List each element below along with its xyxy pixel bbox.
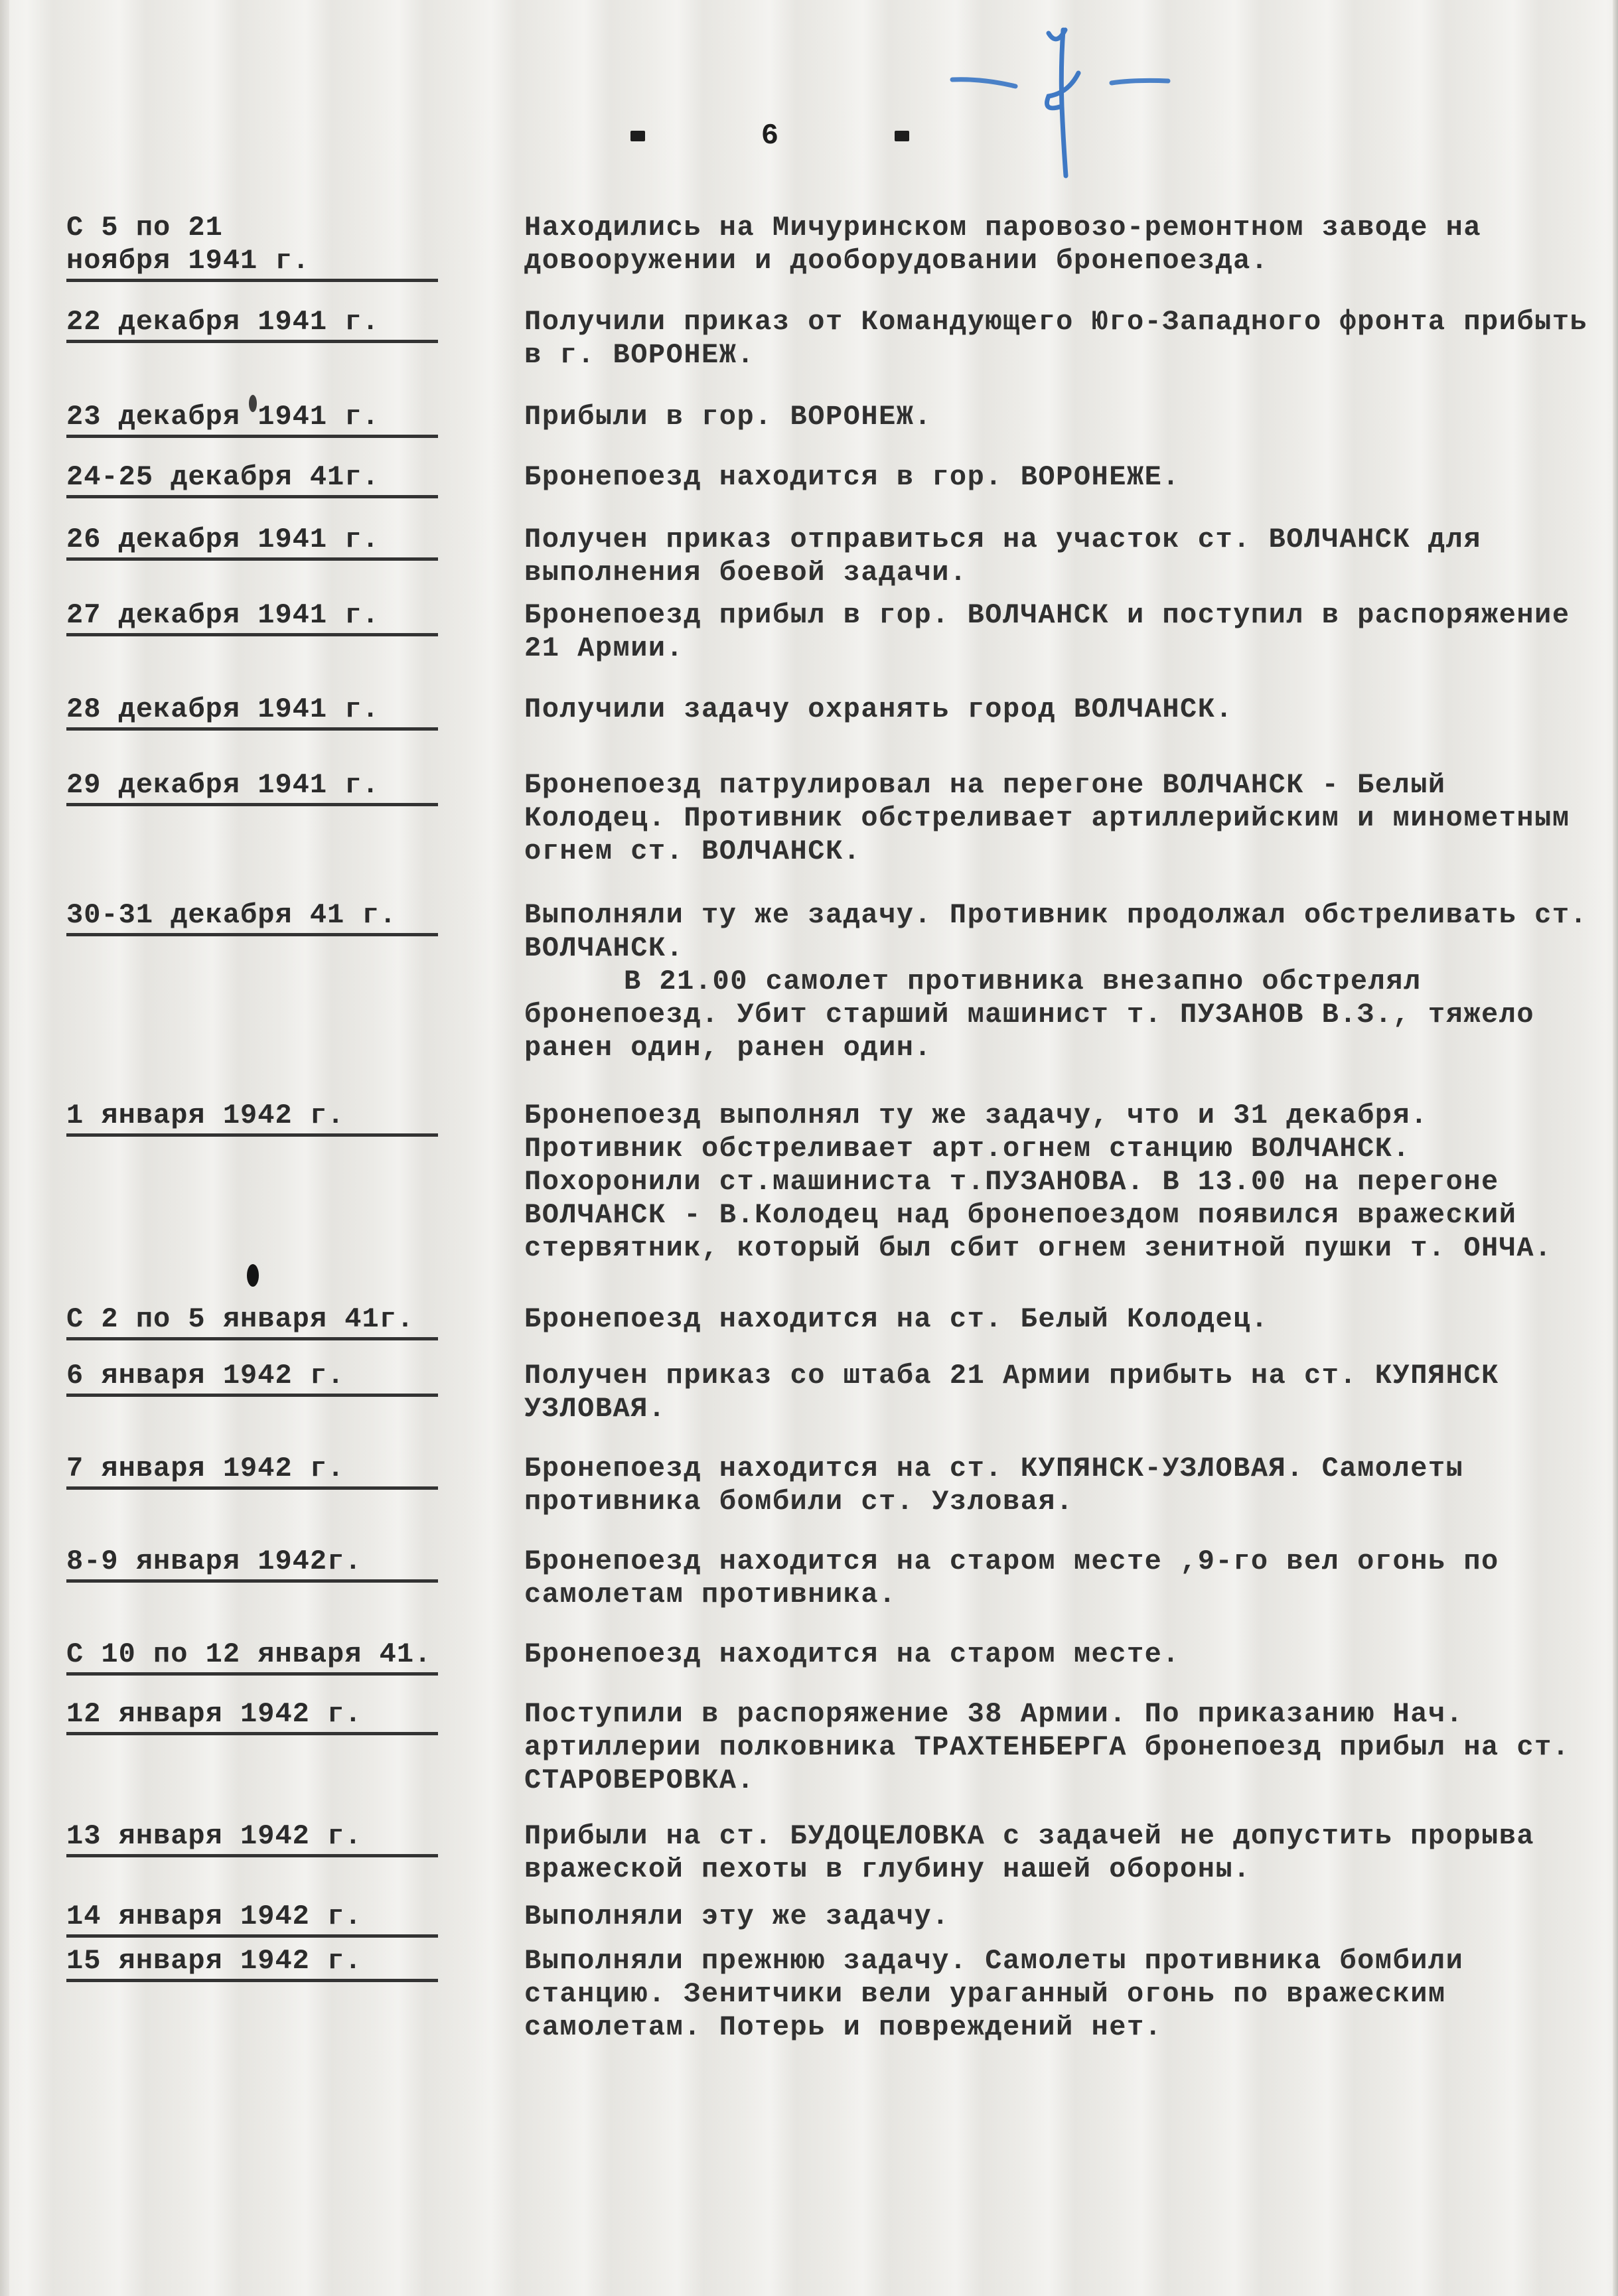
entry-text: Бронепоезд выполнял ту же задачу, что и … xyxy=(491,1099,1599,1265)
entry-text: Получили приказ от Командующего Юго-Запа… xyxy=(491,305,1599,372)
entry-date-line: 15 января 1942 г. xyxy=(66,1944,438,1982)
page-number-dash-right xyxy=(895,131,909,141)
handwritten-page-number-mark xyxy=(942,27,1181,179)
entry-paragraph: В 21.00 самолет противника внезапно обст… xyxy=(524,965,1599,1064)
entry-paragraph: Бронепоезд прибыл в гор. ВОЛЧАНСК и пост… xyxy=(524,599,1599,665)
diary-entry: 27 декабря 1941 г. Бронепоезд прибыл в г… xyxy=(66,599,1599,665)
entry-date-line: 24-25 декабря 41г. xyxy=(66,461,438,498)
entry-date: 23 декабря 1941 г. xyxy=(66,400,491,438)
entry-date: 6 января 1942 г. xyxy=(66,1359,491,1397)
entry-date-line: 12 января 1942 г. xyxy=(66,1697,438,1735)
entry-paragraph: Бронепоезд патрулировал на перегоне ВОЛЧ… xyxy=(524,768,1599,868)
entry-date-line: 14 января 1942 г. xyxy=(66,1900,438,1938)
entry-date: 24-25 декабря 41г. xyxy=(66,461,491,498)
entry-date: С 2 по 5 января 41г. xyxy=(66,1303,491,1340)
page-right-edge xyxy=(1613,0,1618,2296)
entry-paragraph: Находились на Мичуринском паровозо-ремон… xyxy=(524,211,1599,277)
entry-text: Выполняли прежнюю задачу. Самолеты проти… xyxy=(491,1944,1599,2044)
entry-paragraph: Выполняли прежнюю задачу. Самолеты проти… xyxy=(524,1944,1599,2044)
entry-paragraph: Получен приказ отправиться на участок ст… xyxy=(524,523,1599,589)
page-left-edge xyxy=(0,0,9,2296)
entry-date: 29 декабря 1941 г. xyxy=(66,768,491,806)
diary-entry: 12 января 1942 г. Поступили в распоряжен… xyxy=(66,1697,1599,1797)
diary-entry: 1 января 1942 г. Бронепоезд выполнял ту … xyxy=(66,1099,1599,1265)
entry-date: 15 января 1942 г. xyxy=(66,1944,491,1982)
entry-date-line: С 2 по 5 января 41г. xyxy=(66,1303,438,1340)
entry-date-line: 7 января 1942 г. xyxy=(66,1452,438,1490)
entry-paragraph: Бронепоезд выполнял ту же задачу, что и … xyxy=(524,1099,1599,1265)
entry-text: Получен приказ отправиться на участок ст… xyxy=(491,523,1599,589)
diary-entry: 26 декабря 1941 г. Получен приказ отправ… xyxy=(66,523,1599,589)
entry-text: Прибыли в гор. ВОРОНЕЖ. xyxy=(491,400,1599,433)
entry-date-line: 23 декабря 1941 г. xyxy=(66,400,438,438)
entry-date-line: С 5 по 21 xyxy=(66,211,491,244)
entry-date-line: 27 декабря 1941 г. xyxy=(66,599,438,636)
entry-date-line: ноября 1941 г. xyxy=(66,244,438,282)
diary-entry: 14 января 1942 г. Выполняли эту же задач… xyxy=(66,1900,1599,1938)
diary-entry: 8-9 января 1942г. Бронепоезд находится н… xyxy=(66,1545,1599,1611)
entry-date-line: 28 декабря 1941 г. xyxy=(66,693,438,731)
entry-date: 30-31 декабря 41 г. xyxy=(66,898,491,936)
diary-entry: 22 декабря 1941 г. Получили приказ от Ко… xyxy=(66,305,1599,372)
entry-text: Бронепоезд патрулировал на перегоне ВОЛЧ… xyxy=(491,768,1599,868)
diary-entry: 30-31 декабря 41 г. Выполняли ту же зада… xyxy=(66,898,1599,1064)
entry-text: Прибыли на ст. БУДОЦЕЛОВКА с задачей не … xyxy=(491,1820,1599,1886)
entry-date: 8-9 января 1942г. xyxy=(66,1545,491,1583)
entry-paragraph: Бронепоезд находится на старом месте ,9-… xyxy=(524,1545,1599,1611)
entry-date: 13 января 1942 г. xyxy=(66,1820,491,1857)
entry-paragraph: Выполняли ту же задачу. Противник продол… xyxy=(524,898,1599,965)
entry-text: Поступили в распоряжение 38 Армии. По пр… xyxy=(491,1697,1599,1797)
entry-date: С 5 по 21 ноября 1941 г. xyxy=(66,211,491,282)
diary-entry: С 10 по 12 января 41. Бронепоезд находит… xyxy=(66,1638,1599,1676)
entry-date-line: 26 декабря 1941 г. xyxy=(66,523,438,561)
entry-date-line: 8-9 января 1942г. xyxy=(66,1545,438,1583)
diary-entry: С 2 по 5 января 41г. Бронепоезд находитс… xyxy=(66,1303,1599,1340)
entry-date-line: 29 декабря 1941 г. xyxy=(66,768,438,806)
diary-entry: С 5 по 21 ноября 1941 г. Находились на М… xyxy=(66,211,1599,282)
diary-entry: 6 января 1942 г. Получен приказ со штаба… xyxy=(66,1359,1599,1425)
typed-page-number: 6 xyxy=(630,119,909,153)
entry-text: Получен приказ со штаба 21 Армии прибыть… xyxy=(491,1359,1599,1425)
entry-text: Бронепоезд находится на старом месте. xyxy=(491,1638,1599,1671)
entry-date-line: 22 декабря 1941 г. xyxy=(66,305,438,343)
entry-text: Находились на Мичуринском паровозо-ремон… xyxy=(491,211,1599,277)
diary-entry: 28 декабря 1941 г. Получили задачу охран… xyxy=(66,693,1599,731)
entry-paragraph: Бронепоезд находится на старом месте. xyxy=(524,1638,1599,1671)
entry-text: Выполняли эту же задачу. xyxy=(491,1900,1599,1933)
entry-paragraph: Прибыли в гор. ВОРОНЕЖ. xyxy=(524,400,1599,433)
entry-paragraph: Получили задачу охранять город ВОЛЧАНСК. xyxy=(524,693,1599,726)
entry-text: Бронепоезд прибыл в гор. ВОЛЧАНСК и пост… xyxy=(491,599,1599,665)
diary-entry: 7 января 1942 г. Бронепоезд находится на… xyxy=(66,1452,1599,1518)
diary-entry: 23 декабря 1941 г. Прибыли в гор. ВОРОНЕ… xyxy=(66,400,1599,438)
entry-paragraph: Получили приказ от Командующего Юго-Запа… xyxy=(524,305,1599,372)
diary-entry: 15 января 1942 г. Выполняли прежнюю зада… xyxy=(66,1944,1599,2044)
entry-date: 27 декабря 1941 г. xyxy=(66,599,491,636)
entry-text: Бронепоезд находится на старом месте ,9-… xyxy=(491,1545,1599,1611)
page-number-dash-left xyxy=(630,131,645,141)
entry-text: Выполняли ту же задачу. Противник продол… xyxy=(491,898,1599,1064)
entry-date: 7 января 1942 г. xyxy=(66,1452,491,1490)
ink-blot xyxy=(247,1264,259,1287)
entry-date: С 10 по 12 января 41. xyxy=(66,1638,491,1676)
entry-paragraph: Поступили в распоряжение 38 Армии. По пр… xyxy=(524,1697,1599,1797)
entry-paragraph: Выполняли эту же задачу. xyxy=(524,1900,1599,1933)
entry-date-line: С 10 по 12 января 41. xyxy=(66,1638,438,1676)
entry-paragraph: Получен приказ со штаба 21 Армии прибыть… xyxy=(524,1359,1599,1425)
entry-text: Бронепоезд находится на ст. КУПЯНСК-УЗЛО… xyxy=(491,1452,1599,1518)
diary-entry: 13 января 1942 г. Прибыли на ст. БУДОЦЕЛ… xyxy=(66,1820,1599,1886)
entry-date: 28 декабря 1941 г. xyxy=(66,693,491,731)
entry-paragraph: Бронепоезд находится на ст. Белый Колоде… xyxy=(524,1303,1599,1336)
entry-date-line: 1 января 1942 г. xyxy=(66,1099,438,1137)
diary-entry: 29 декабря 1941 г. Бронепоезд патрулиров… xyxy=(66,768,1599,868)
entry-paragraph: Бронепоезд находится на ст. КУПЯНСК-УЗЛО… xyxy=(524,1452,1599,1518)
entry-text: Бронепоезд находится на ст. Белый Колоде… xyxy=(491,1303,1599,1336)
entry-date-line: 6 января 1942 г. xyxy=(66,1359,438,1397)
entry-paragraph: Прибыли на ст. БУДОЦЕЛОВКА с задачей не … xyxy=(524,1820,1599,1886)
entry-date: 14 января 1942 г. xyxy=(66,1900,491,1938)
entry-paragraph: Бронепоезд находится в гор. ВОРОНЕЖЕ. xyxy=(524,461,1599,494)
entry-text: Бронепоезд находится в гор. ВОРОНЕЖЕ. xyxy=(491,461,1599,494)
entry-date: 26 декабря 1941 г. xyxy=(66,523,491,561)
entry-date-line: 30-31 декабря 41 г. xyxy=(66,898,438,936)
entry-date: 12 января 1942 г. xyxy=(66,1697,491,1735)
page-number-value: 6 xyxy=(761,119,778,153)
entry-text: Получили задачу охранять город ВОЛЧАНСК. xyxy=(491,693,1599,726)
diary-entry: 24-25 декабря 41г. Бронепоезд находится … xyxy=(66,461,1599,498)
entry-date-line: 13 января 1942 г. xyxy=(66,1820,438,1857)
entry-date: 22 декабря 1941 г. xyxy=(66,305,491,343)
entry-date: 1 января 1942 г. xyxy=(66,1099,491,1137)
